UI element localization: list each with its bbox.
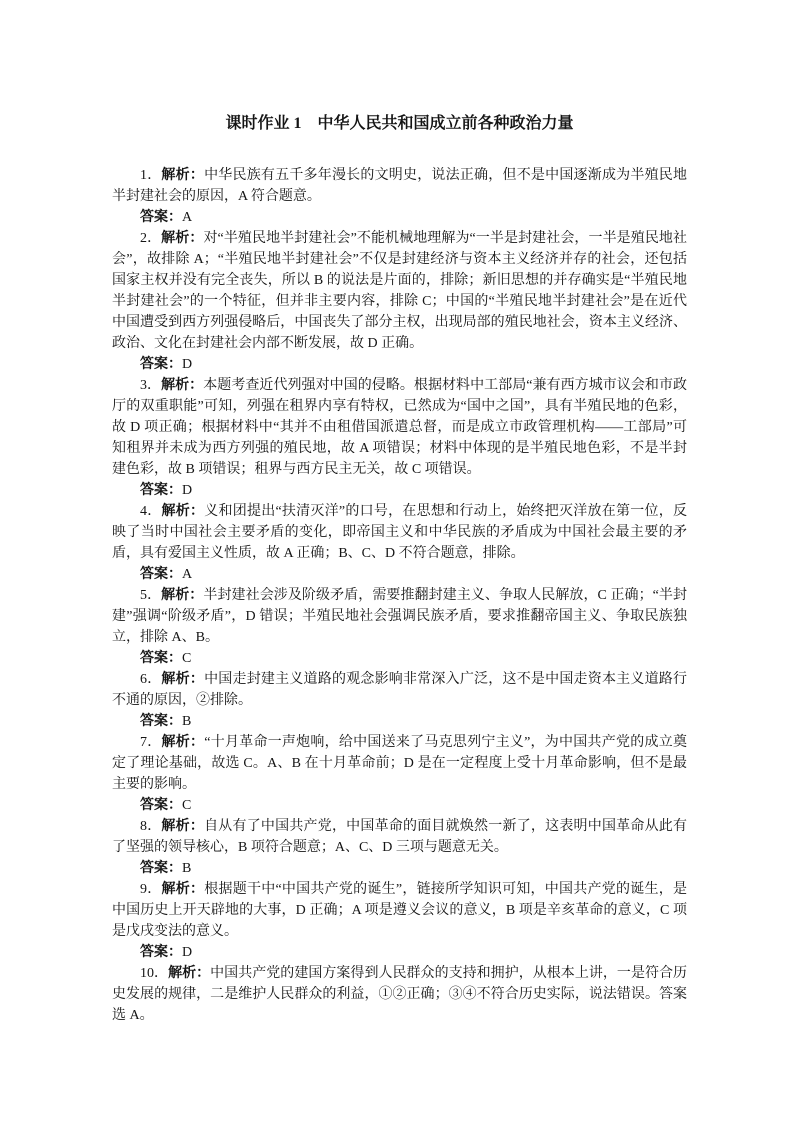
answer-value: B bbox=[182, 861, 191, 876]
question-item: 1．解析：中华民族有五千多年漫长的文明史，说法正确，但不是中国逐渐成为半殖民地半… bbox=[112, 165, 687, 228]
answer-label: 答案： bbox=[140, 651, 182, 666]
question-number: 1． bbox=[140, 168, 161, 183]
answer-label: 答案： bbox=[140, 798, 182, 813]
answer-label: 答案： bbox=[140, 945, 182, 960]
question-number: 5． bbox=[140, 588, 161, 603]
answer-paragraph: 答案：D bbox=[112, 480, 687, 501]
question-number: 10． bbox=[140, 966, 168, 981]
answer-label: 答案： bbox=[140, 567, 182, 582]
analysis-paragraph: 7．解析：“十月革命一声炮响，给中国送来了马克思列宁主义”，为中国共产党的成立奠… bbox=[112, 732, 687, 795]
analysis-paragraph: 8．解析：自从有了中国共产党，中国革命的面目就焕然一新了，这表明中国革命从此有了… bbox=[112, 816, 687, 858]
question-item: 4．解析：义和团提出“扶清灭洋”的口号，在思想和行动上，始终把灭洋放在第一位，反… bbox=[112, 501, 687, 585]
analysis-paragraph: 4．解析：义和团提出“扶清灭洋”的口号，在思想和行动上，始终把灭洋放在第一位，反… bbox=[112, 501, 687, 564]
question-number: 3． bbox=[140, 378, 161, 393]
analysis-text: 对“半殖民地半封建社会”不能机械地理解为“一半是封建社会，一半是殖民地社会”，故… bbox=[112, 231, 687, 351]
question-item: 2．解析：对“半殖民地半封建社会”不能机械地理解为“一半是封建社会，一半是殖民地… bbox=[112, 228, 687, 375]
analysis-label: 解析： bbox=[168, 966, 210, 981]
answer-paragraph: 答案：C bbox=[112, 648, 687, 669]
document-page: 课时作业 1 中华人民共和国成立前各种政治力量 1．解析：中华民族有五千多年漫长… bbox=[0, 0, 793, 1122]
answer-label: 答案： bbox=[140, 714, 182, 729]
question-item: 9．解析：根据题干中“中国共产党的诞生”，链接所学知识可知，中国共产党的诞生，是… bbox=[112, 879, 687, 963]
question-number: 9． bbox=[140, 882, 162, 897]
analysis-label: 解析： bbox=[162, 504, 205, 519]
analysis-label: 解析： bbox=[161, 819, 204, 834]
question-number: 7． bbox=[140, 735, 162, 750]
analysis-paragraph: 5．解析：半封建社会涉及阶级矛盾，需要推翻封建主义、争取人民解放，C 正确；“半… bbox=[112, 585, 687, 648]
answer-value: C bbox=[182, 651, 191, 666]
answer-paragraph: 答案：D bbox=[112, 354, 687, 375]
question-item: 6．解析：中国走封建主义道路的观念影响非常深入广泛，这不是中国走资本主义道路行不… bbox=[112, 669, 687, 732]
answer-paragraph: 答案：A bbox=[112, 207, 687, 228]
question-item: 5．解析：半封建社会涉及阶级矛盾，需要推翻封建主义、争取人民解放，C 正确；“半… bbox=[112, 585, 687, 669]
answer-paragraph: 答案：C bbox=[112, 795, 687, 816]
analysis-paragraph: 6．解析：中国走封建主义道路的观念影响非常深入广泛，这不是中国走资本主义道路行不… bbox=[112, 669, 687, 711]
analysis-paragraph: 9．解析：根据题干中“中国共产党的诞生”，链接所学知识可知，中国共产党的诞生，是… bbox=[112, 879, 687, 942]
page-title: 课时作业 1 中华人民共和国成立前各种政治力量 bbox=[112, 112, 687, 136]
analysis-label: 解析： bbox=[161, 378, 203, 393]
analysis-label: 解析： bbox=[162, 882, 205, 897]
answer-label: 答案： bbox=[140, 357, 182, 372]
answer-label: 答案： bbox=[140, 861, 182, 876]
question-item: 10．解析：中国共产党的建国方案得到人民群众的支持和拥护，从根本上讲，一是符合历… bbox=[112, 963, 687, 1026]
question-item: 7．解析：“十月革命一声炮响，给中国送来了马克思列宁主义”，为中国共产党的成立奠… bbox=[112, 732, 687, 816]
analysis-paragraph: 2．解析：对“半殖民地半封建社会”不能机械地理解为“一半是封建社会，一半是殖民地… bbox=[112, 228, 687, 354]
question-number: 6． bbox=[140, 672, 161, 687]
answer-value: A bbox=[182, 210, 192, 225]
answer-paragraph: 答案：B bbox=[112, 711, 687, 732]
analysis-paragraph: 10．解析：中国共产党的建国方案得到人民群众的支持和拥护，从根本上讲，一是符合历… bbox=[112, 963, 687, 1026]
answer-paragraph: 答案：A bbox=[112, 564, 687, 585]
analysis-label: 解析： bbox=[161, 672, 204, 687]
answer-value: D bbox=[182, 483, 192, 498]
question-number: 2． bbox=[140, 231, 161, 246]
answer-label: 答案： bbox=[140, 483, 182, 498]
analysis-paragraph: 3．解析：本题考查近代列强对中国的侵略。根据材料中工部局“兼有西方城市议会和市政… bbox=[112, 375, 687, 480]
answer-value: C bbox=[182, 798, 191, 813]
answer-value: D bbox=[182, 357, 192, 372]
answer-label: 答案： bbox=[140, 210, 182, 225]
analysis-label: 解析： bbox=[161, 231, 203, 246]
analysis-paragraph: 1．解析：中华民族有五千多年漫长的文明史，说法正确，但不是中国逐渐成为半殖民地半… bbox=[112, 165, 687, 207]
question-number: 8． bbox=[140, 819, 161, 834]
question-item: 8．解析：自从有了中国共产党，中国革命的面目就焕然一新了，这表明中国革命从此有了… bbox=[112, 816, 687, 879]
analysis-label: 解析： bbox=[162, 735, 205, 750]
question-item: 3．解析：本题考查近代列强对中国的侵略。根据材料中工部局“兼有西方城市议会和市政… bbox=[112, 375, 687, 501]
answer-list: 1．解析：中华民族有五千多年漫长的文明史，说法正确，但不是中国逐渐成为半殖民地半… bbox=[112, 165, 687, 1026]
answer-value: D bbox=[182, 945, 192, 960]
analysis-label: 解析： bbox=[161, 588, 203, 603]
answer-paragraph: 答案：B bbox=[112, 858, 687, 879]
analysis-label: 解析： bbox=[161, 168, 204, 183]
answer-value: A bbox=[182, 567, 192, 582]
answer-value: B bbox=[182, 714, 191, 729]
answer-paragraph: 答案：D bbox=[112, 942, 687, 963]
question-number: 4． bbox=[140, 504, 162, 519]
